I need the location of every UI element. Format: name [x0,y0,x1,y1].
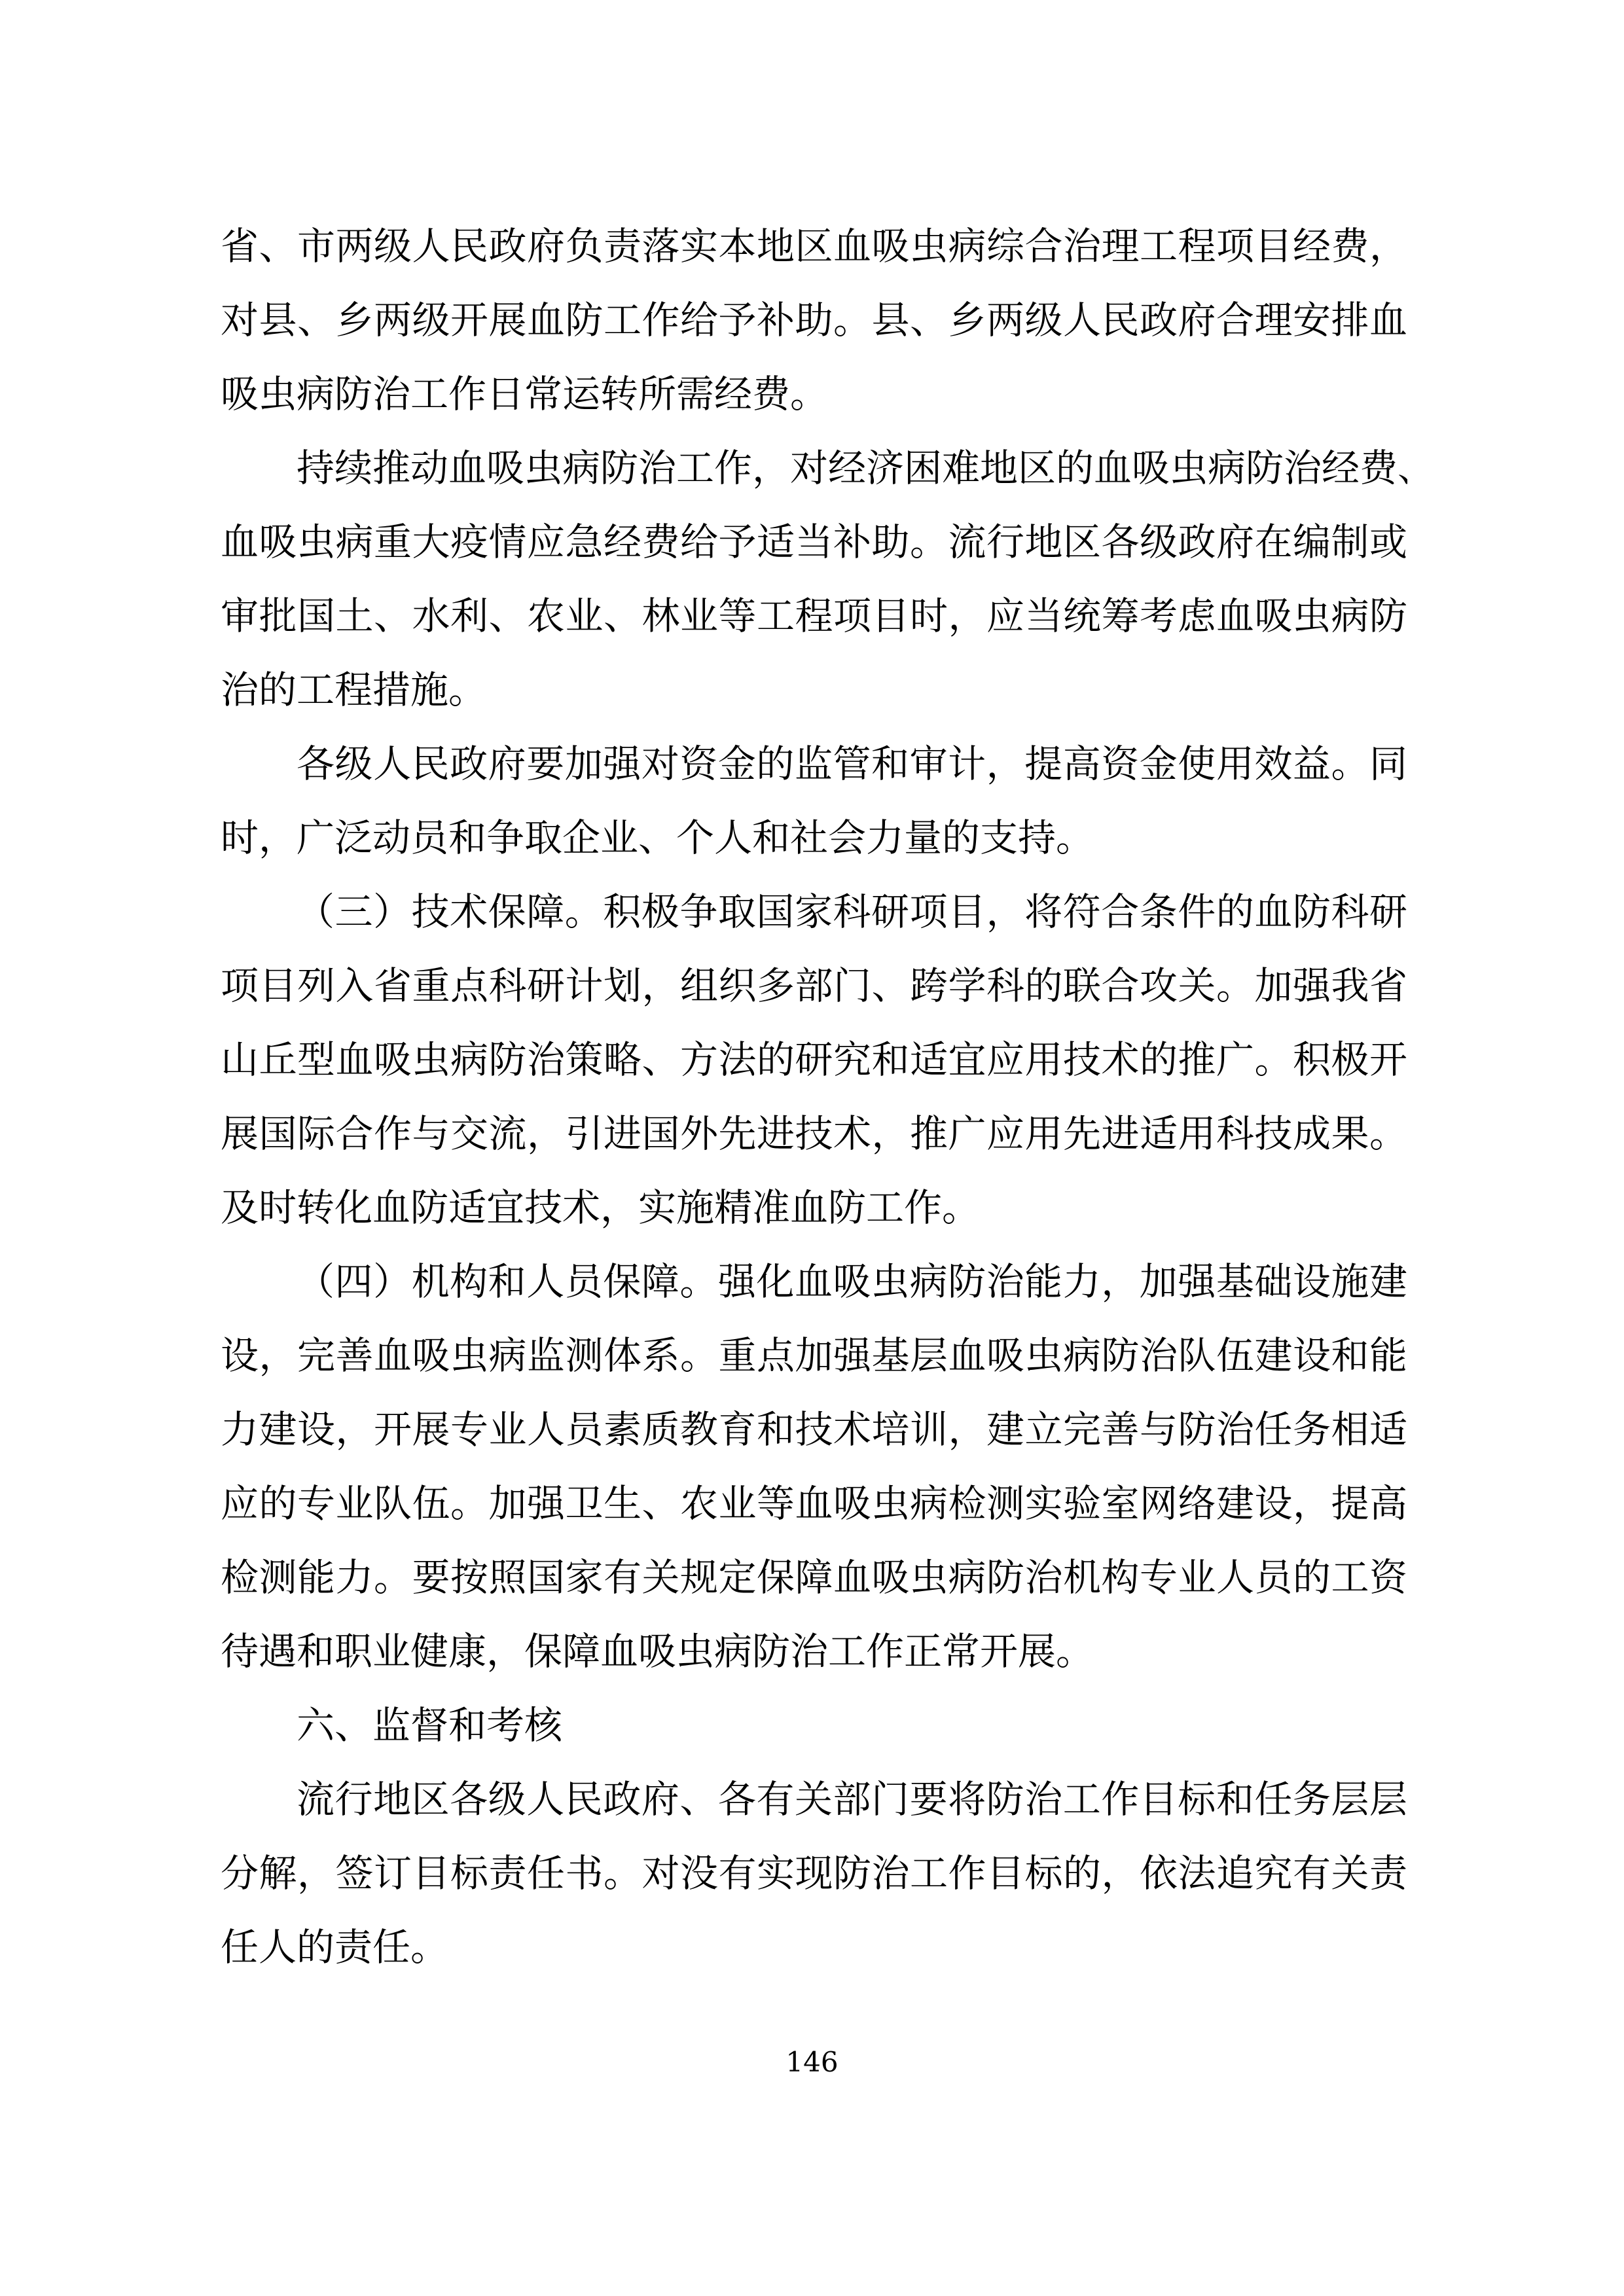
text-line: 各级人民政府要加强对资金的监管和审计，提高资金使用效益。同 [221,727,1407,801]
text-line: 分解，签订目标责任书。对没有实现防治工作目标的，依法追究有关责 [221,1837,1407,1910]
text-line: 力建设，开展专业人员素质教育和技术培训，建立完善与防治任务相适 [221,1393,1407,1467]
page-number: 146 [0,2047,1624,2077]
text-line: 项目列入省重点科研计划，组织多部门、跨学科的联合攻关。加强我省 [221,949,1407,1023]
text-line: 展国际合作与交流，引进国外先进技术，推广应用先进适用科技成果。 [221,1097,1407,1171]
text-line: 检测能力。要按照国家有关规定保障血吸虫病防治机构专业人员的工资 [221,1541,1407,1615]
text-line: 审批国土、水利、农业、林业等工程项目时，应当统筹考虑血吸虫病防 [221,579,1407,653]
document-body-text: 省、市两级人民政府负责落实本地区血吸虫病综合治理工程项目经费， 对县、乡两级开展… [221,209,1407,1984]
text-line: 应的专业队伍。加强卫生、农业等血吸虫病检测实验室网络建设，提高 [221,1467,1407,1541]
text-line: 治的工程措施。 [221,653,1407,727]
text-line: 任人的责任。 [221,1910,1407,1984]
text-line: 流行地区各级人民政府、各有关部门要将防治工作目标和任务层层 [221,1763,1407,1837]
text-line: （四）机构和人员保障。强化血吸虫病防治能力，加强基础设施建 [221,1245,1407,1319]
text-line: 吸虫病防治工作日常运转所需经费。 [221,357,1407,431]
text-line: 持续推动血吸虫病防治工作，对经济困难地区的血吸虫病防治经费、 [221,431,1407,505]
text-line: 山丘型血吸虫病防治策略、方法的研究和适宜应用技术的推广。积极开 [221,1023,1407,1097]
text-line: 省、市两级人民政府负责落实本地区血吸虫病综合治理工程项目经费， [221,209,1407,283]
section-heading: 六、监督和考核 [221,1689,1407,1763]
document-page: 省、市两级人民政府负责落实本地区血吸虫病综合治理工程项目经费， 对县、乡两级开展… [0,0,1624,2296]
text-line: 及时转化血防适宜技术，实施精准血防工作。 [221,1171,1407,1245]
text-line: 时，广泛动员和争取企业、个人和社会力量的支持。 [221,801,1407,875]
text-line: （三）技术保障。积极争取国家科研项目，将符合条件的血防科研 [221,875,1407,949]
text-line: 设，完善血吸虫病监测体系。重点加强基层血吸虫病防治队伍建设和能 [221,1319,1407,1393]
text-line: 血吸虫病重大疫情应急经费给予适当补助。流行地区各级政府在编制或 [221,505,1407,579]
text-line: 对县、乡两级开展血防工作给予补助。县、乡两级人民政府合理安排血 [221,283,1407,357]
text-line: 待遇和职业健康，保障血吸虫病防治工作正常开展。 [221,1615,1407,1689]
